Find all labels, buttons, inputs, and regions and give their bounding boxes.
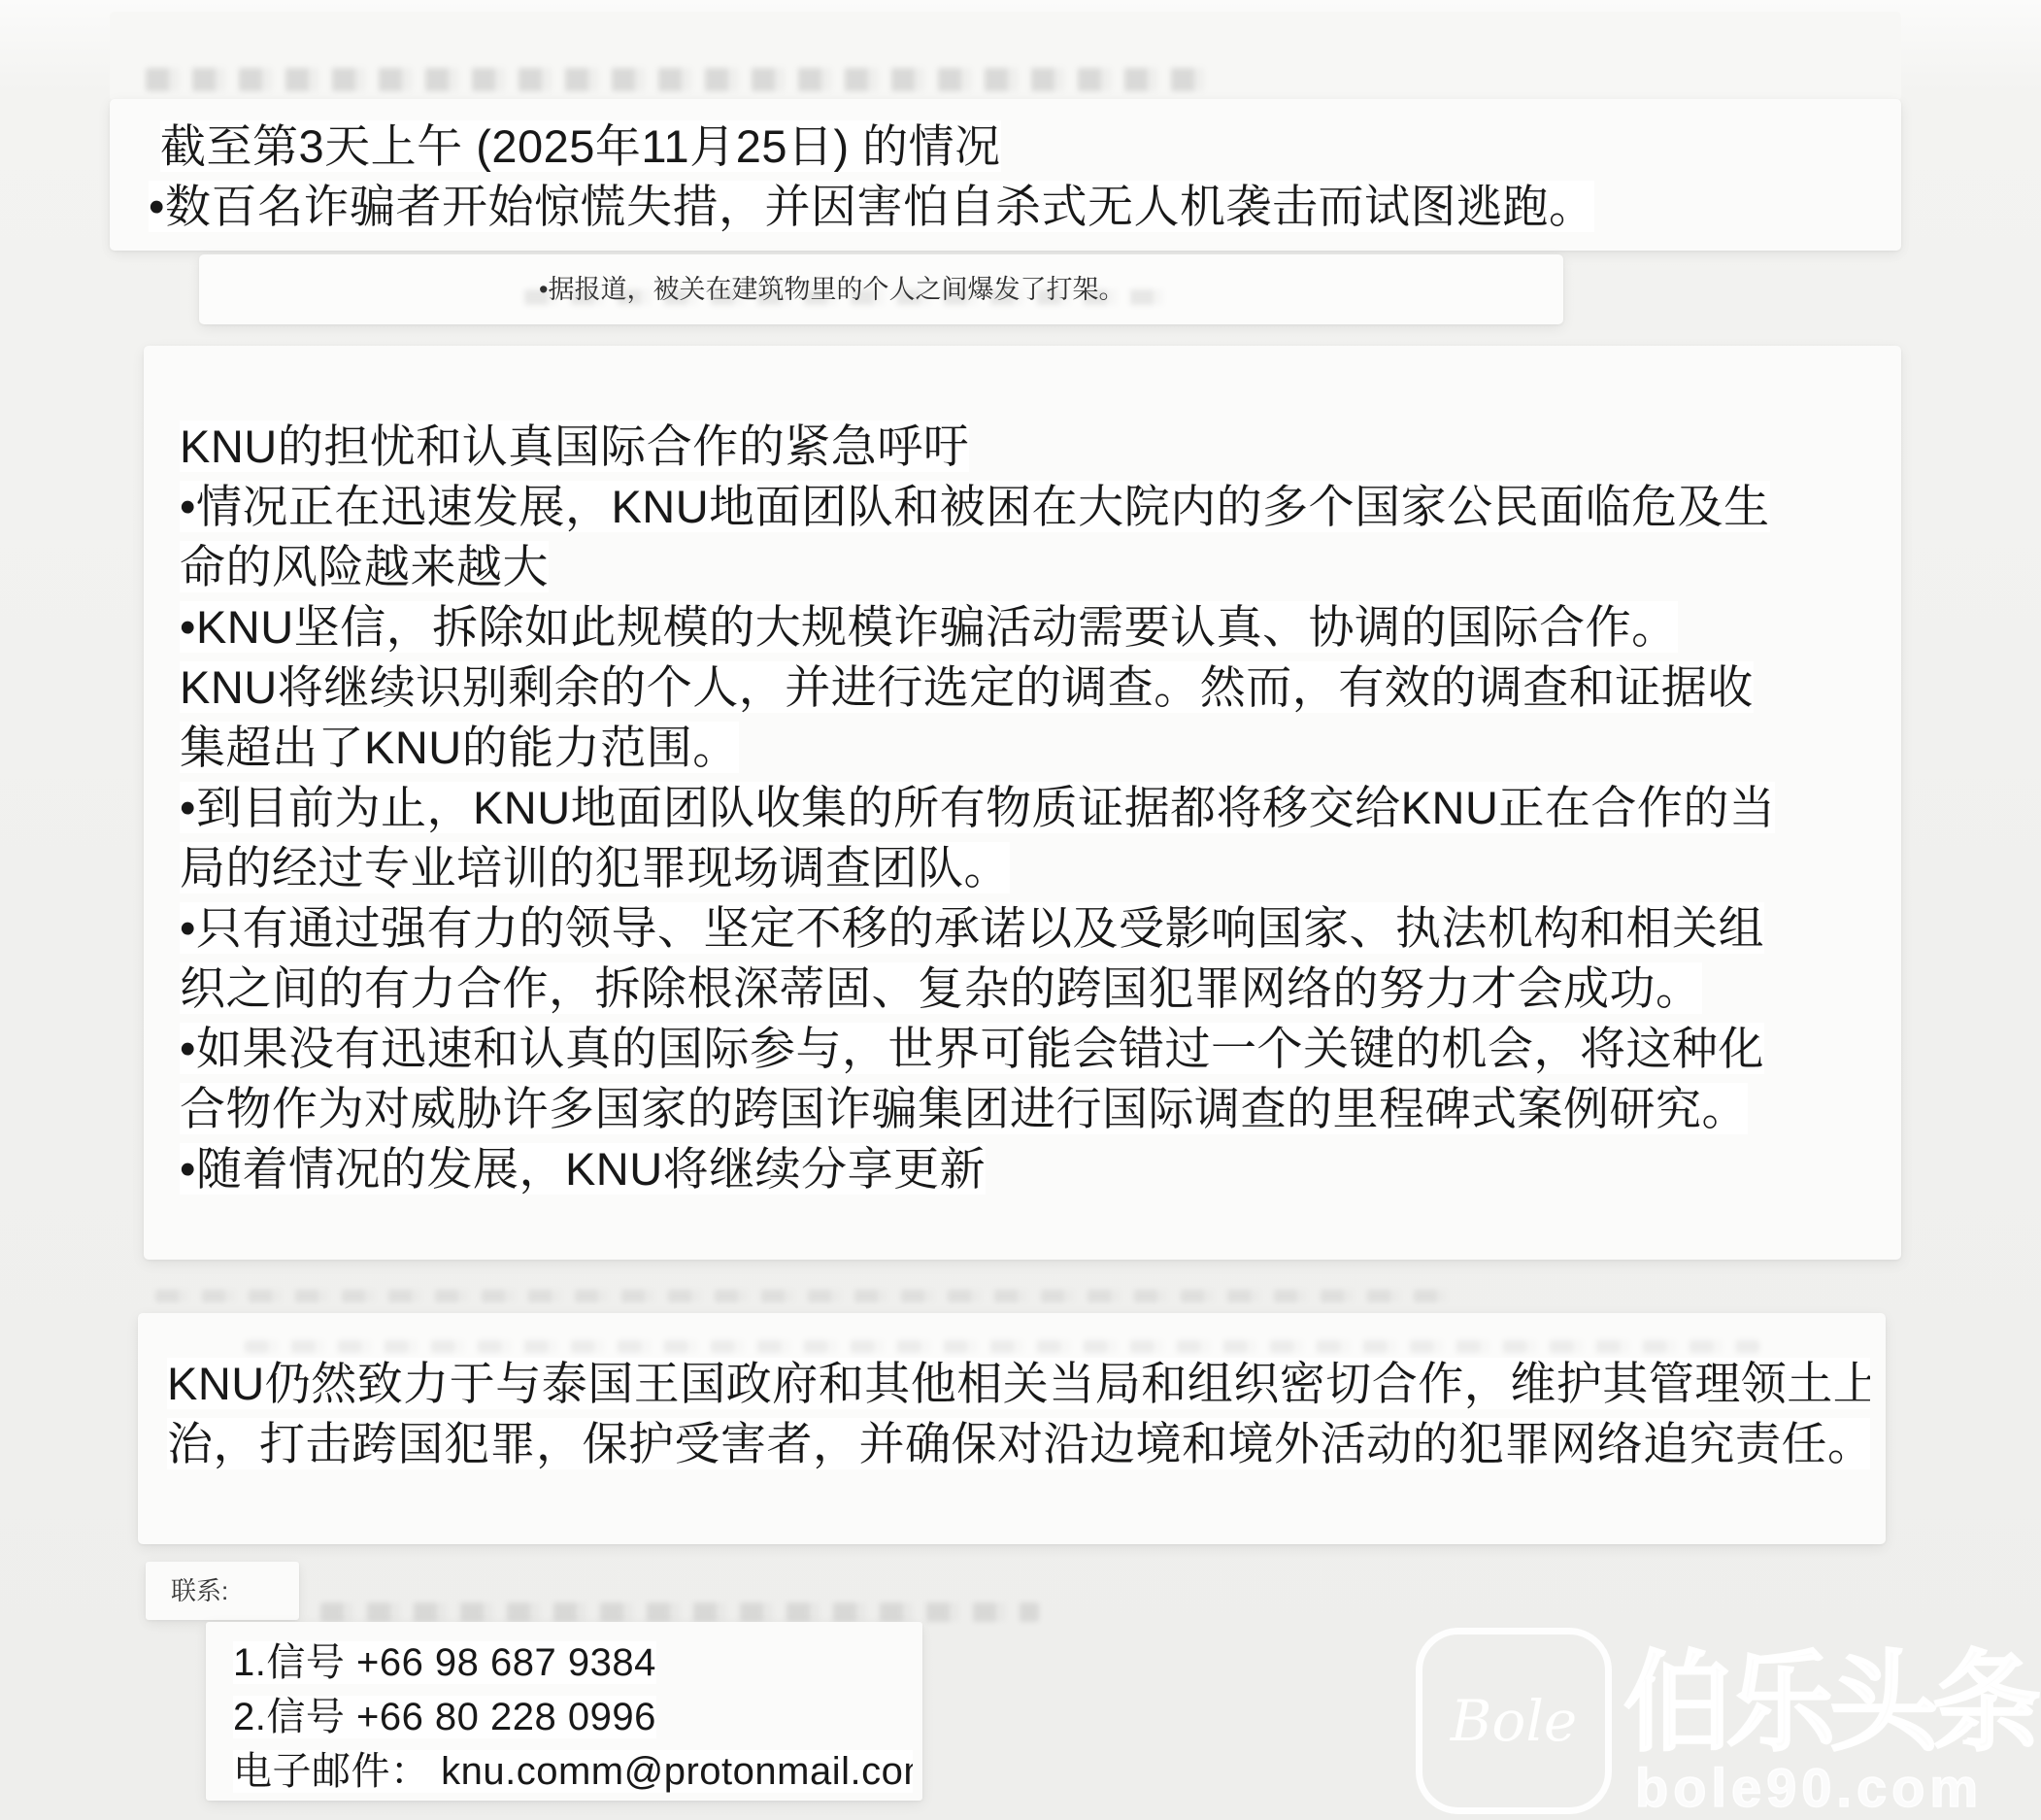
statement-line: 合物作为对威胁许多国家的跨国诈骗集团进行国际调查的里程碑式案例研究。 <box>180 1079 1882 1139</box>
statement-line: •随着情况的发展，KNU将继续分享更新 <box>180 1139 1882 1199</box>
situation-title: 截至第3天上午 (2025年11月25日) 的情况 <box>160 117 1001 177</box>
situation-card: 截至第3天上午 (2025年11月25日) 的情况 •数百名诈骗者开始惊慌失措，… <box>110 99 1901 251</box>
knu-statement-card: KNU的担忧和认真国际合作的紧急呼吁 •情况正在迅速发展，KNU地面团队和被困在… <box>144 346 1901 1260</box>
contact-label: 联系: <box>146 1562 299 1620</box>
contact-signal-1: 1.信号 +66 98 687 9384 <box>233 1635 913 1690</box>
translated-document-screenshot: 截至第3天上午 (2025年11月25日) 的情况 •数百名诈骗者开始惊慌失措，… <box>0 0 2041 1820</box>
contact-label-box: 联系: <box>146 1562 299 1620</box>
statement-line: 织之间的有力合作，拆除根深蒂固、复杂的跨国犯罪网络的努力才会成功。 <box>180 959 1882 1019</box>
statement-line: 局的经过专业培训的犯罪现场调查团队。 <box>180 838 1882 898</box>
watermark-domain: bole90.com <box>1635 1756 1983 1819</box>
watermark-logo-text: Bole <box>1451 1688 1577 1754</box>
statement-line: •情况正在迅速发展，KNU地面团队和被困在大院内的多个国家公民面临危及生 <box>180 477 1882 537</box>
contact-lines: 1.信号 +66 98 687 9384 2.信号 +66 80 228 099… <box>233 1635 913 1799</box>
statement-line: 命的风险越来越大 <box>180 537 1882 597</box>
statement-line: 集超出了KNU的能力范围。 <box>180 718 1882 778</box>
commitment-line: 治，打击跨国犯罪，保护受害者，并确保对沿边境和境外活动的犯罪网络追究责任。 <box>167 1414 1870 1474</box>
contact-card: 1.信号 +66 98 687 9384 2.信号 +66 80 228 099… <box>206 1622 922 1801</box>
contact-signal-2: 2.信号 +66 80 228 0996 <box>233 1690 913 1744</box>
watermark: Bole 伯乐头条 bole90.com <box>1416 1620 2041 1820</box>
statement-line: •KNU坚信，拆除如此规模的大规模诈骗活动需要认真、协调的国际合作。 <box>180 597 1882 657</box>
commitment-card: KNU仍然致力于与泰国王国政府和其他相关当局和组织密切合作，维护其管理领土上的法… <box>138 1313 1886 1544</box>
watermark-logo-icon: Bole <box>1416 1628 1612 1814</box>
situation-bullet: •数百名诈骗者开始惊慌失措，并因害怕自杀式无人机袭击而试图逃跑。 <box>149 177 1594 237</box>
ghost-text-remnant-commitment <box>245 1340 1759 1353</box>
situation-title-text: 截至第3天上午 (2025年11月25日) 的情况 <box>160 120 1001 172</box>
statement-heading: KNU的担忧和认真国际合作的紧急呼吁 <box>180 417 1882 477</box>
knu-statement-lines: KNU的担忧和认真国际合作的紧急呼吁 •情况正在迅速发展，KNU地面团队和被困在… <box>180 417 1882 1199</box>
ghost-text-remnant-above-main <box>524 289 1165 305</box>
statement-line: •如果没有迅速和认真的国际参与，世界可能会错过一个关键的机会，将这种化 <box>180 1019 1882 1079</box>
ghost-text-remnant-gap <box>155 1290 1456 1302</box>
ghost-text-remnant-contact <box>320 1602 1039 1622</box>
ghost-text-remnant-top <box>146 68 1214 91</box>
contact-email: 电子邮件： knu.comm@protonmail.com <box>233 1744 913 1799</box>
watermark-brand: 伯乐头条 <box>1623 1616 2035 1772</box>
situation-bullet-text: •数百名诈骗者开始惊慌失措，并因害怕自杀式无人机袭击而试图逃跑。 <box>149 181 1594 232</box>
statement-line: KNU将继续识别剩余的个人，并进行选定的调查。然而，有效的调查和证据收 <box>180 657 1882 718</box>
statement-line: •到目前为止，KNU地面团队收集的所有物质证据都将移交给KNU正在合作的当 <box>180 778 1882 838</box>
commitment-line: KNU仍然致力于与泰国王国政府和其他相关当局和组织密切合作，维护其管理领土上的法 <box>167 1354 1870 1414</box>
commitment-lines: KNU仍然致力于与泰国王国政府和其他相关当局和组织密切合作，维护其管理领土上的法… <box>167 1354 1870 1474</box>
statement-line: •只有通过强有力的领导、坚定不移的承诺以及受影响国家、执法机构和相关组 <box>180 898 1882 959</box>
